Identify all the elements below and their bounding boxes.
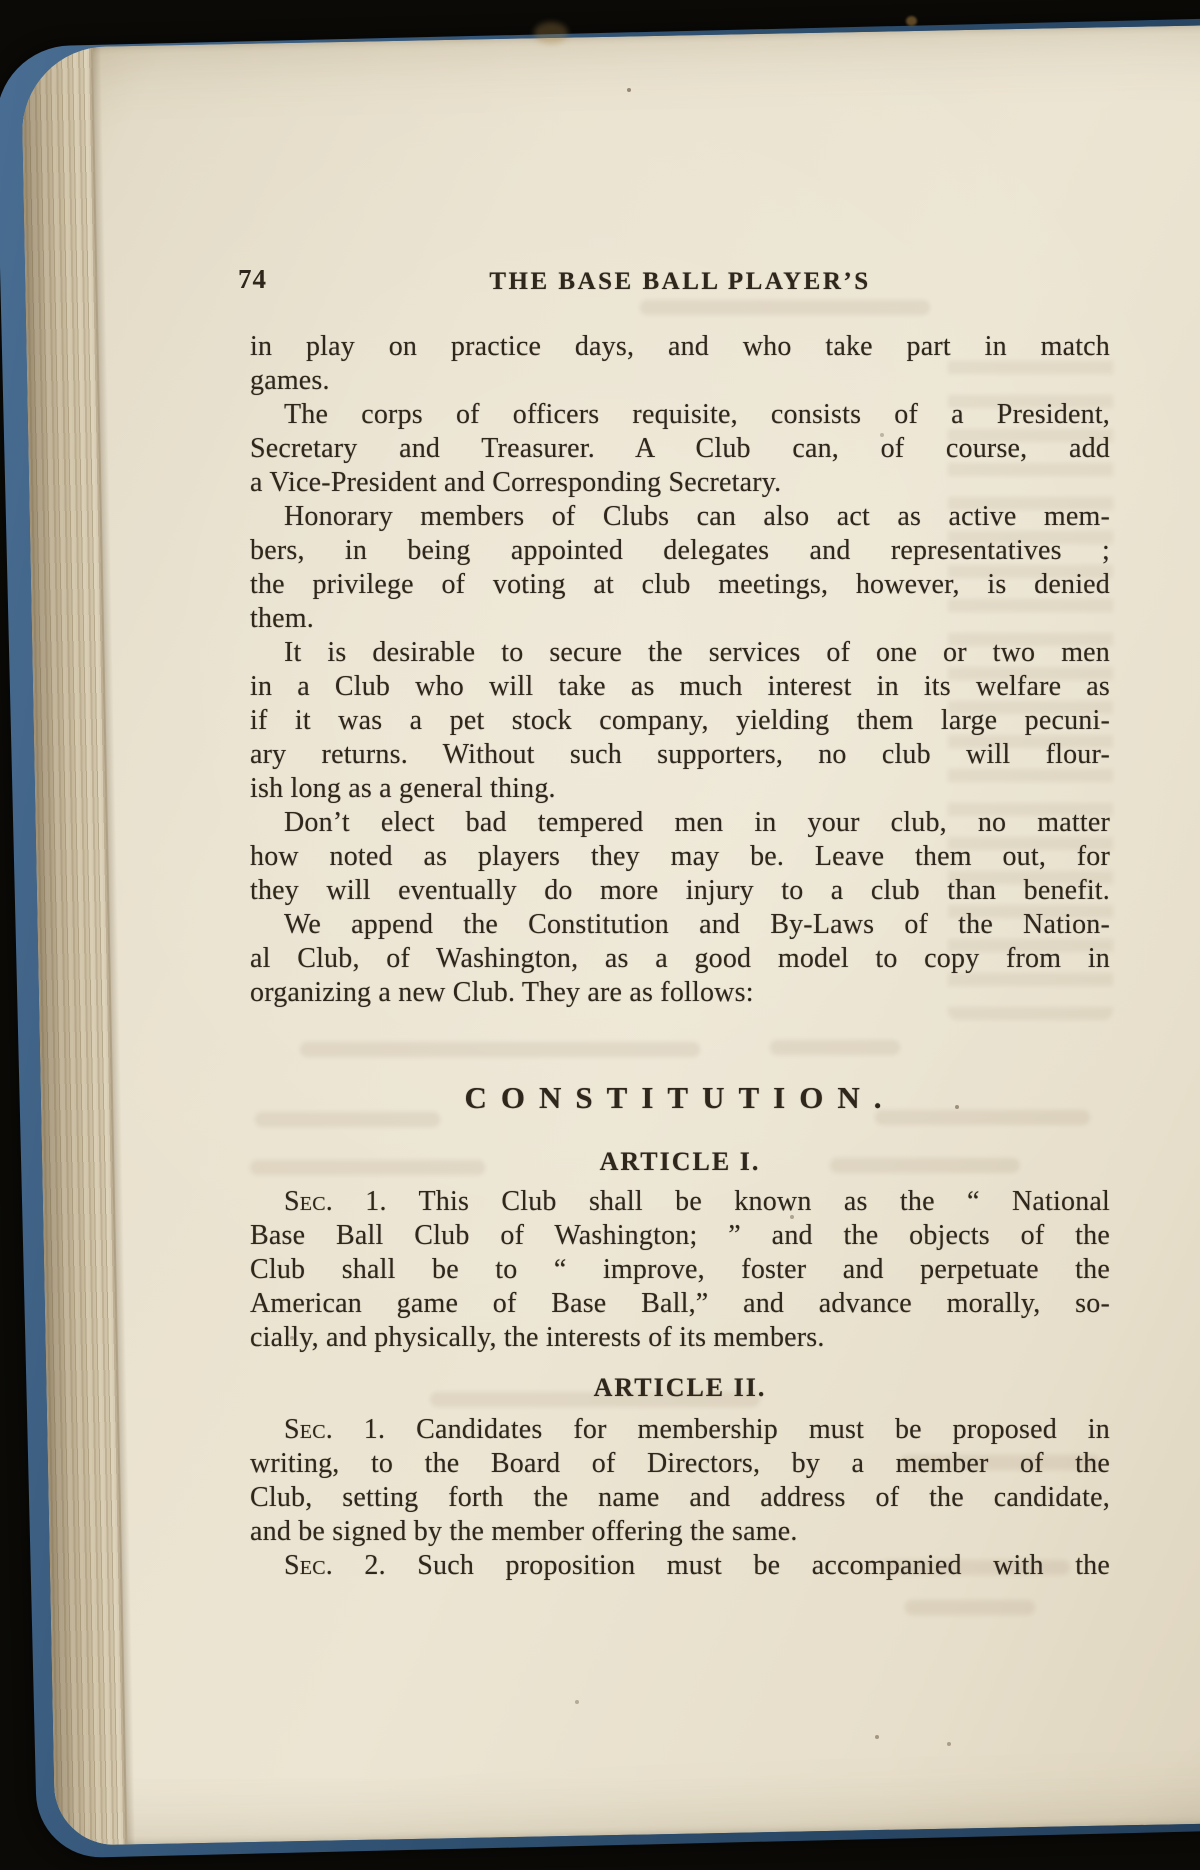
text-line: a Vice-President and Corresponding Secre… [250, 466, 1110, 500]
text-line: in a Club who will take as much interest… [250, 670, 1110, 704]
running-title: THE BASE BALL PLAYER’S [250, 268, 1110, 296]
text-line: It is desirable to secure the services o… [250, 636, 1110, 670]
article-1-heading: ARTICLE I. [250, 1147, 1110, 1177]
section-label: Sec. 2. [284, 1550, 386, 1581]
text-line: in play on practice days, and who take p… [250, 330, 1110, 364]
text-line: Sec. 1. This Club shall be known as the … [250, 1185, 1110, 1219]
book-photo: 74 THE BASE BALL PLAYER’S in play on pra… [0, 0, 1200, 1870]
text-line: Sec. 1. Candidates for membership must b… [250, 1413, 1110, 1447]
text-line: organizing a new Club. They are as follo… [250, 976, 1110, 1010]
article-1-block: Sec. 1. This Club shall be known as the … [250, 1185, 1110, 1355]
text-line: writing, to the Board of Directors, by a… [250, 1447, 1110, 1481]
text-line: Secretary and Treasurer. A Club can, of … [250, 432, 1110, 466]
text-line: Honorary members of Clubs can also act a… [250, 500, 1110, 534]
constitution-heading: CONSTITUTION. [250, 1080, 1110, 1116]
text-line: bers, in being appointed delegates and r… [250, 534, 1110, 568]
text-line: Base Ball Club of Washington; ” and the … [250, 1219, 1110, 1253]
text-line: the privilege of voting at club meetings… [250, 568, 1110, 602]
main-block: in play on practice days, and who take p… [250, 330, 1110, 1010]
section-label: Sec. 1. [284, 1186, 387, 1217]
text-line: Club, setting forth the name and address… [250, 1481, 1110, 1515]
text-line: ish long as a general thing. [250, 772, 1110, 806]
text-line: they will eventually do more injury to a… [250, 874, 1110, 908]
text-line: Don’t elect bad tempered men in your clu… [250, 806, 1110, 840]
section-label: Sec. 1. [284, 1414, 385, 1445]
text-line: We append the Constitution and By-Laws o… [250, 908, 1110, 942]
text-line: games. [250, 364, 1110, 398]
text-line: Club shall be to “ improve, foster and p… [250, 1253, 1110, 1287]
article-2-block: Sec. 1. Candidates for membership must b… [250, 1413, 1110, 1583]
text-line: if it was a pet stock company, yielding … [250, 704, 1110, 738]
text-line: how noted as players they may be. Leave … [250, 840, 1110, 874]
text-line: and be signed by the member offering the… [250, 1515, 1110, 1549]
text-line: American game of Base Ball,” and advance… [250, 1287, 1110, 1321]
printed-text-layer: 74 THE BASE BALL PLAYER’S in play on pra… [0, 0, 1200, 1870]
text-line: cially, and physically, the interests of… [250, 1321, 1110, 1355]
article-2-heading: ARTICLE II. [250, 1373, 1110, 1403]
text-line: ary returns. Without such supporters, no… [250, 738, 1110, 772]
text-line: al Club, of Washington, as a good model … [250, 942, 1110, 976]
text-line: Sec. 2. Such proposition must be accompa… [250, 1549, 1110, 1583]
text-line: them. [250, 602, 1110, 636]
text-line: The corps of officers requisite, consist… [250, 398, 1110, 432]
